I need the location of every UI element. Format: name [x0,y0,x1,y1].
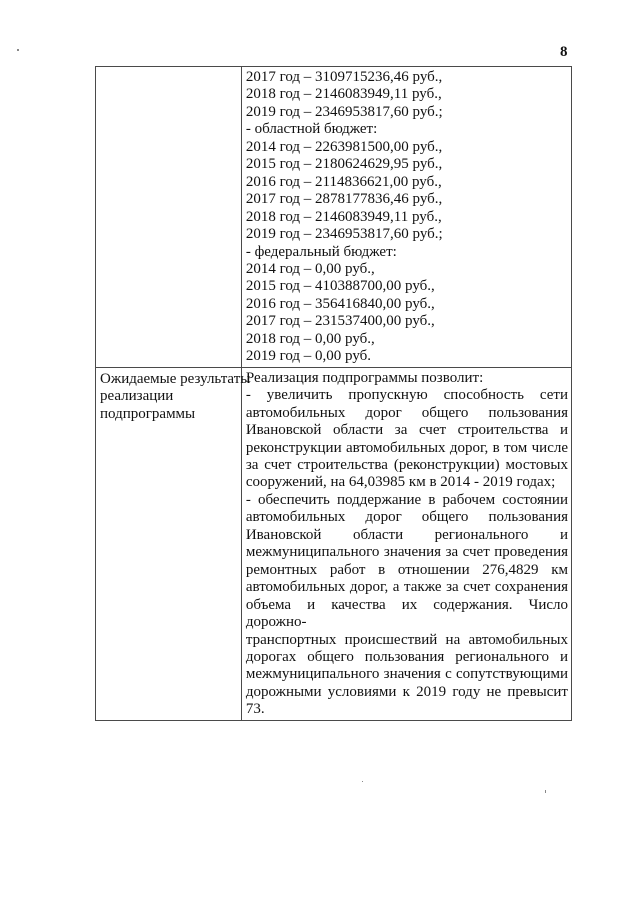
value-line: 2019 год – 0,00 руб. [246,348,568,365]
value-line: 2019 год – 2346953817,60 руб.; [246,104,568,121]
value-line: реконструкции автомобильных дорог, в том… [246,440,568,457]
value-line: - федеральный бюджет: [246,244,568,261]
value-line: 2016 год – 2114836621,00 руб., [246,174,568,191]
value-line: Реализация подпрограммы позволит: [246,370,568,387]
value-line: дорогах общего пользования регионального… [246,649,568,666]
value-line: 2018 год – 0,00 руб., [246,331,568,348]
label-line: подпрограммы [100,406,238,423]
value-line: за счет строительства (реконструкции) мо… [246,457,568,474]
value-line: 73. [246,701,568,718]
funding-label-cell [96,67,242,368]
value-line: 2014 год – 0,00 руб., [246,261,568,278]
label-line: Ожидаемые результаты [100,371,238,388]
label-line: реализации [100,388,238,405]
value-line: 2017 год – 3109715236,46 руб., [246,69,568,86]
value-line: межмуниципального значения с сопутствующ… [246,666,568,683]
value-line: 2015 год – 410388700,00 руб., [246,278,568,295]
value-line: - обеспечить поддержание в рабочем состо… [246,492,568,509]
value-line: 2018 год – 2146083949,11 руб., [246,86,568,103]
value-line: транспортных происшествий на автомобильн… [246,632,568,649]
value-line: автомобильных дорог, а также за счет сох… [246,579,568,596]
expected-results-value-cell: Реализация подпрограммы позволит:- увели… [241,367,571,720]
value-line: дорожными условиями к 2019 году не превы… [246,684,568,701]
value-line: 2014 год – 2263981500,00 руб., [246,139,568,156]
table-row-funding: 2017 год – 3109715236,46 руб.,2018 год –… [96,67,572,368]
value-line: ремонтных работ в отношении 276,4829 км [246,562,568,579]
table-row-expected-results: Ожидаемые результатыреализацииподпрограм… [96,367,572,720]
value-line: автомобильных дорог общего пользования [246,509,568,526]
value-line: сооружений, на 64,03985 км в 2014 - 2019… [246,474,568,491]
page-number: 8 [560,44,568,61]
value-line: межмуниципального значения за счет прове… [246,544,568,561]
value-line: 2019 год – 2346953817,60 руб.; [246,226,568,243]
subprogram-passport-table: 2017 год – 3109715236,46 руб.,2018 год –… [95,66,572,721]
scan-speck [545,790,546,793]
value-line: Ивановской области регионального и [246,527,568,544]
funding-value-cell: 2017 год – 3109715236,46 руб.,2018 год –… [241,67,571,368]
value-line: автомобильных дорог общего пользования [246,405,568,422]
scan-speck [17,49,19,51]
value-line: - увеличить пропускную способность сети [246,387,568,404]
expected-results-label-cell: Ожидаемые результатыреализацииподпрограм… [96,367,242,720]
value-line: Ивановской области за счет строительства… [246,422,568,439]
value-line: 2016 год – 356416840,00 руб., [246,296,568,313]
value-line: 2017 год – 231537400,00 руб., [246,313,568,330]
value-line: 2017 год – 2878177836,46 руб., [246,191,568,208]
scan-speck [362,781,363,782]
value-line: - областной бюджет: [246,121,568,138]
value-line: объема и качества их содержания. Число д… [246,597,568,632]
value-line: 2015 год – 2180624629,95 руб., [246,156,568,173]
value-line: 2018 год – 2146083949,11 руб., [246,209,568,226]
